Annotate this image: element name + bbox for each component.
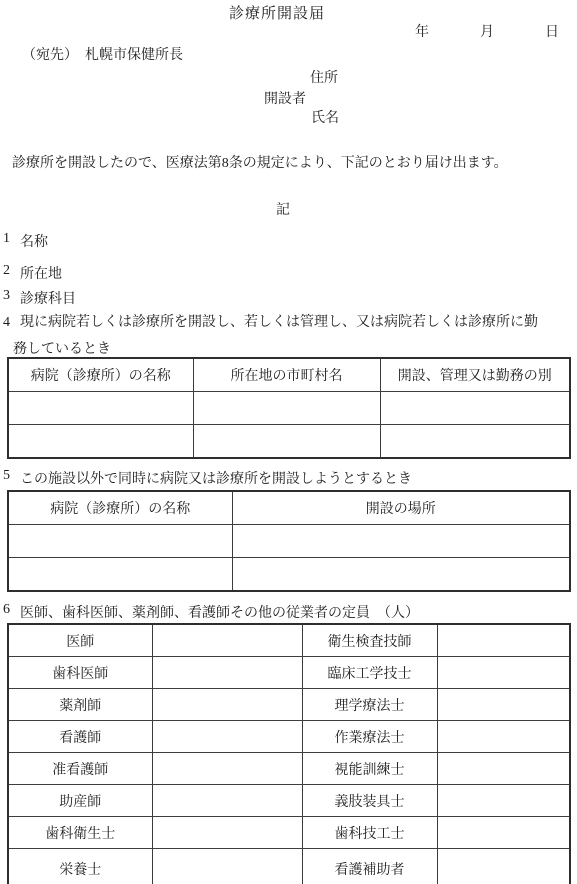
item-2-number: 2 — [3, 263, 20, 279]
item-3-departments: 3 診療科目 — [3, 288, 76, 308]
table-row: 助産師 義肢装具士 — [8, 785, 570, 817]
item-6-staff-capacity: 6 医師、歯科医師、薬剤師、看護師その他の従業者の定員 （人） — [3, 602, 419, 622]
blank-cell — [193, 392, 380, 425]
blank-cell — [8, 392, 193, 425]
staff-label: 看護補助者 — [302, 849, 437, 884]
item-4-label: 現に病院若しくは診療所を開設し、若しくは管理し、又は病院若しくは診療所に勤 務し… — [20, 309, 538, 363]
blank-cell — [152, 624, 302, 657]
staff-label: 看護師 — [8, 721, 152, 753]
staff-label: 医師 — [8, 624, 152, 657]
blank-cell — [437, 624, 570, 657]
item-6-label: 医師、歯科医師、薬剤師、看護師その他の従業者の定員 （人） — [20, 602, 419, 622]
blank-cell — [437, 817, 570, 849]
blank-cell — [193, 425, 380, 459]
table-row: 栄養士 看護補助者 — [8, 849, 570, 884]
item-1-label: 名称 — [20, 231, 48, 251]
current-work-table: 病院（診療所）の名称 所在地の市町村名 開設、管理又は勤務の別 — [7, 357, 571, 459]
blank-cell — [437, 785, 570, 817]
staff-label: 視能訓練士 — [302, 753, 437, 785]
table-row: 看護師 作業療法士 — [8, 721, 570, 753]
work-table-header-name: 病院（診療所）の名称 — [8, 358, 193, 392]
item-5-label: この施設以外で同時に病院又は診療所を開設しようとするとき — [20, 468, 412, 488]
clinic-establishment-notification-document: 診療所開設届 年 月 日 （宛先） 札幌市保健所長 住所 開設者 氏名 診療所を… — [0, 0, 577, 884]
item-2-location: 2 所在地 — [3, 263, 62, 283]
month-fill-space — [494, 21, 545, 41]
staff-label: 栄養士 — [8, 849, 152, 884]
staff-label: 歯科医師 — [8, 657, 152, 689]
item-5-other-establishment: 5 この施設以外で同時に病院又は診療所を開設しようとするとき — [3, 468, 412, 488]
table-row: 医師 衛生検査技師 — [8, 624, 570, 657]
year-label: 年 — [415, 21, 429, 41]
blank-cell — [437, 689, 570, 721]
work-table-header-role: 開設、管理又は勤務の別 — [380, 358, 570, 392]
blank-cell — [152, 785, 302, 817]
table-row — [8, 558, 570, 592]
blank-cell — [8, 558, 232, 592]
date-line: 年 月 日 — [415, 21, 577, 41]
staff-label: 臨床工学技士 — [302, 657, 437, 689]
work-table-header-municipality: 所在地の市町村名 — [193, 358, 380, 392]
table-row — [8, 392, 570, 425]
blank-cell — [437, 849, 570, 884]
staff-label: 理学療法士 — [302, 689, 437, 721]
item-4-current-work: 4 現に病院若しくは診療所を開設し、若しくは管理し、又は病院若しくは診療所に勤 … — [3, 309, 538, 363]
staff-label: 歯科技工士 — [302, 817, 437, 849]
intro-paragraph: 診療所を開設したので、医療法第8条の規定により、下記のとおり届け出ます。 — [12, 152, 508, 172]
item-4-label-line1: 現に病院若しくは診療所を開設し、若しくは管理し、又は病院若しくは診療所に勤 — [20, 315, 538, 330]
blank-cell — [380, 425, 570, 459]
opener-name-label: 氏名 — [311, 107, 339, 127]
staff-label: 作業療法士 — [302, 721, 437, 753]
table-header-row: 病院（診療所）の名称 開設の場所 — [8, 491, 570, 525]
blank-cell — [152, 849, 302, 884]
staff-label: 薬剤師 — [8, 689, 152, 721]
item-4-number: 4 — [3, 309, 20, 336]
blank-cell — [232, 525, 570, 558]
table-row: 歯科医師 臨床工学技士 — [8, 657, 570, 689]
blank-cell — [437, 721, 570, 753]
blank-cell — [380, 392, 570, 425]
ki-heading: 記 — [0, 199, 566, 219]
item-1-name: 1 名称 — [3, 231, 48, 251]
opener-label: 開設者 — [264, 88, 306, 108]
item-3-number: 3 — [3, 288, 20, 304]
table-row — [8, 525, 570, 558]
item-6-number: 6 — [3, 602, 20, 618]
table-row: 薬剤師 理学療法士 — [8, 689, 570, 721]
year-fill-space — [429, 21, 480, 41]
other-establishment-table: 病院（診療所）の名称 開設の場所 — [7, 490, 571, 592]
opener-address-label: 住所 — [310, 67, 338, 87]
other-table-header-place: 開設の場所 — [232, 491, 570, 525]
blank-cell — [152, 689, 302, 721]
month-label: 月 — [480, 21, 494, 41]
other-table-header-name: 病院（診療所）の名称 — [8, 491, 232, 525]
staff-label: 歯科衛生士 — [8, 817, 152, 849]
blank-cell — [152, 721, 302, 753]
blank-cell — [152, 817, 302, 849]
item-2-label: 所在地 — [20, 263, 62, 283]
blank-cell — [232, 558, 570, 592]
blank-cell — [152, 657, 302, 689]
page-title: 診療所開設届 — [0, 2, 554, 23]
blank-cell — [152, 753, 302, 785]
table-row — [8, 425, 570, 459]
blank-cell — [437, 657, 570, 689]
staff-label: 衛生検査技師 — [302, 624, 437, 657]
blank-cell — [437, 753, 570, 785]
addressee-line: （宛先） 札幌市保健所長 — [22, 44, 183, 64]
item-1-number: 1 — [3, 231, 20, 247]
staff-capacity-table: 医師 衛生検査技師 歯科医師 臨床工学技士 薬剤師 理学療法士 看護師 作業療法… — [7, 623, 571, 884]
table-row: 歯科衛生士 歯科技工士 — [8, 817, 570, 849]
table-header-row: 病院（診療所）の名称 所在地の市町村名 開設、管理又は勤務の別 — [8, 358, 570, 392]
staff-label: 准看護師 — [8, 753, 152, 785]
item-5-number: 5 — [3, 468, 20, 484]
staff-label: 義肢装具士 — [302, 785, 437, 817]
staff-label: 助産師 — [8, 785, 152, 817]
item-3-label: 診療科目 — [20, 288, 76, 308]
table-row: 准看護師 視能訓練士 — [8, 753, 570, 785]
day-label: 日 — [545, 21, 559, 41]
blank-cell — [8, 425, 193, 459]
blank-cell — [8, 525, 232, 558]
